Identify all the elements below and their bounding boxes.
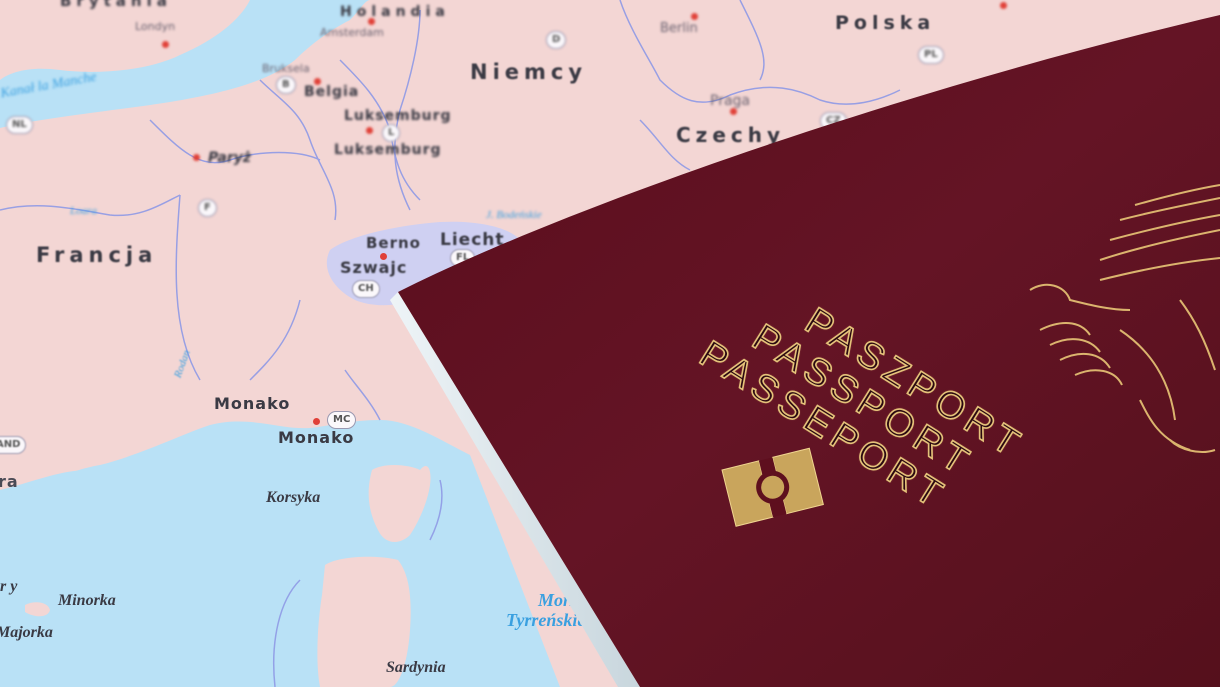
passport (0, 0, 1220, 687)
photo-scene: Brytania Londyn Holandia Amsterdam Berli… (0, 0, 1220, 687)
